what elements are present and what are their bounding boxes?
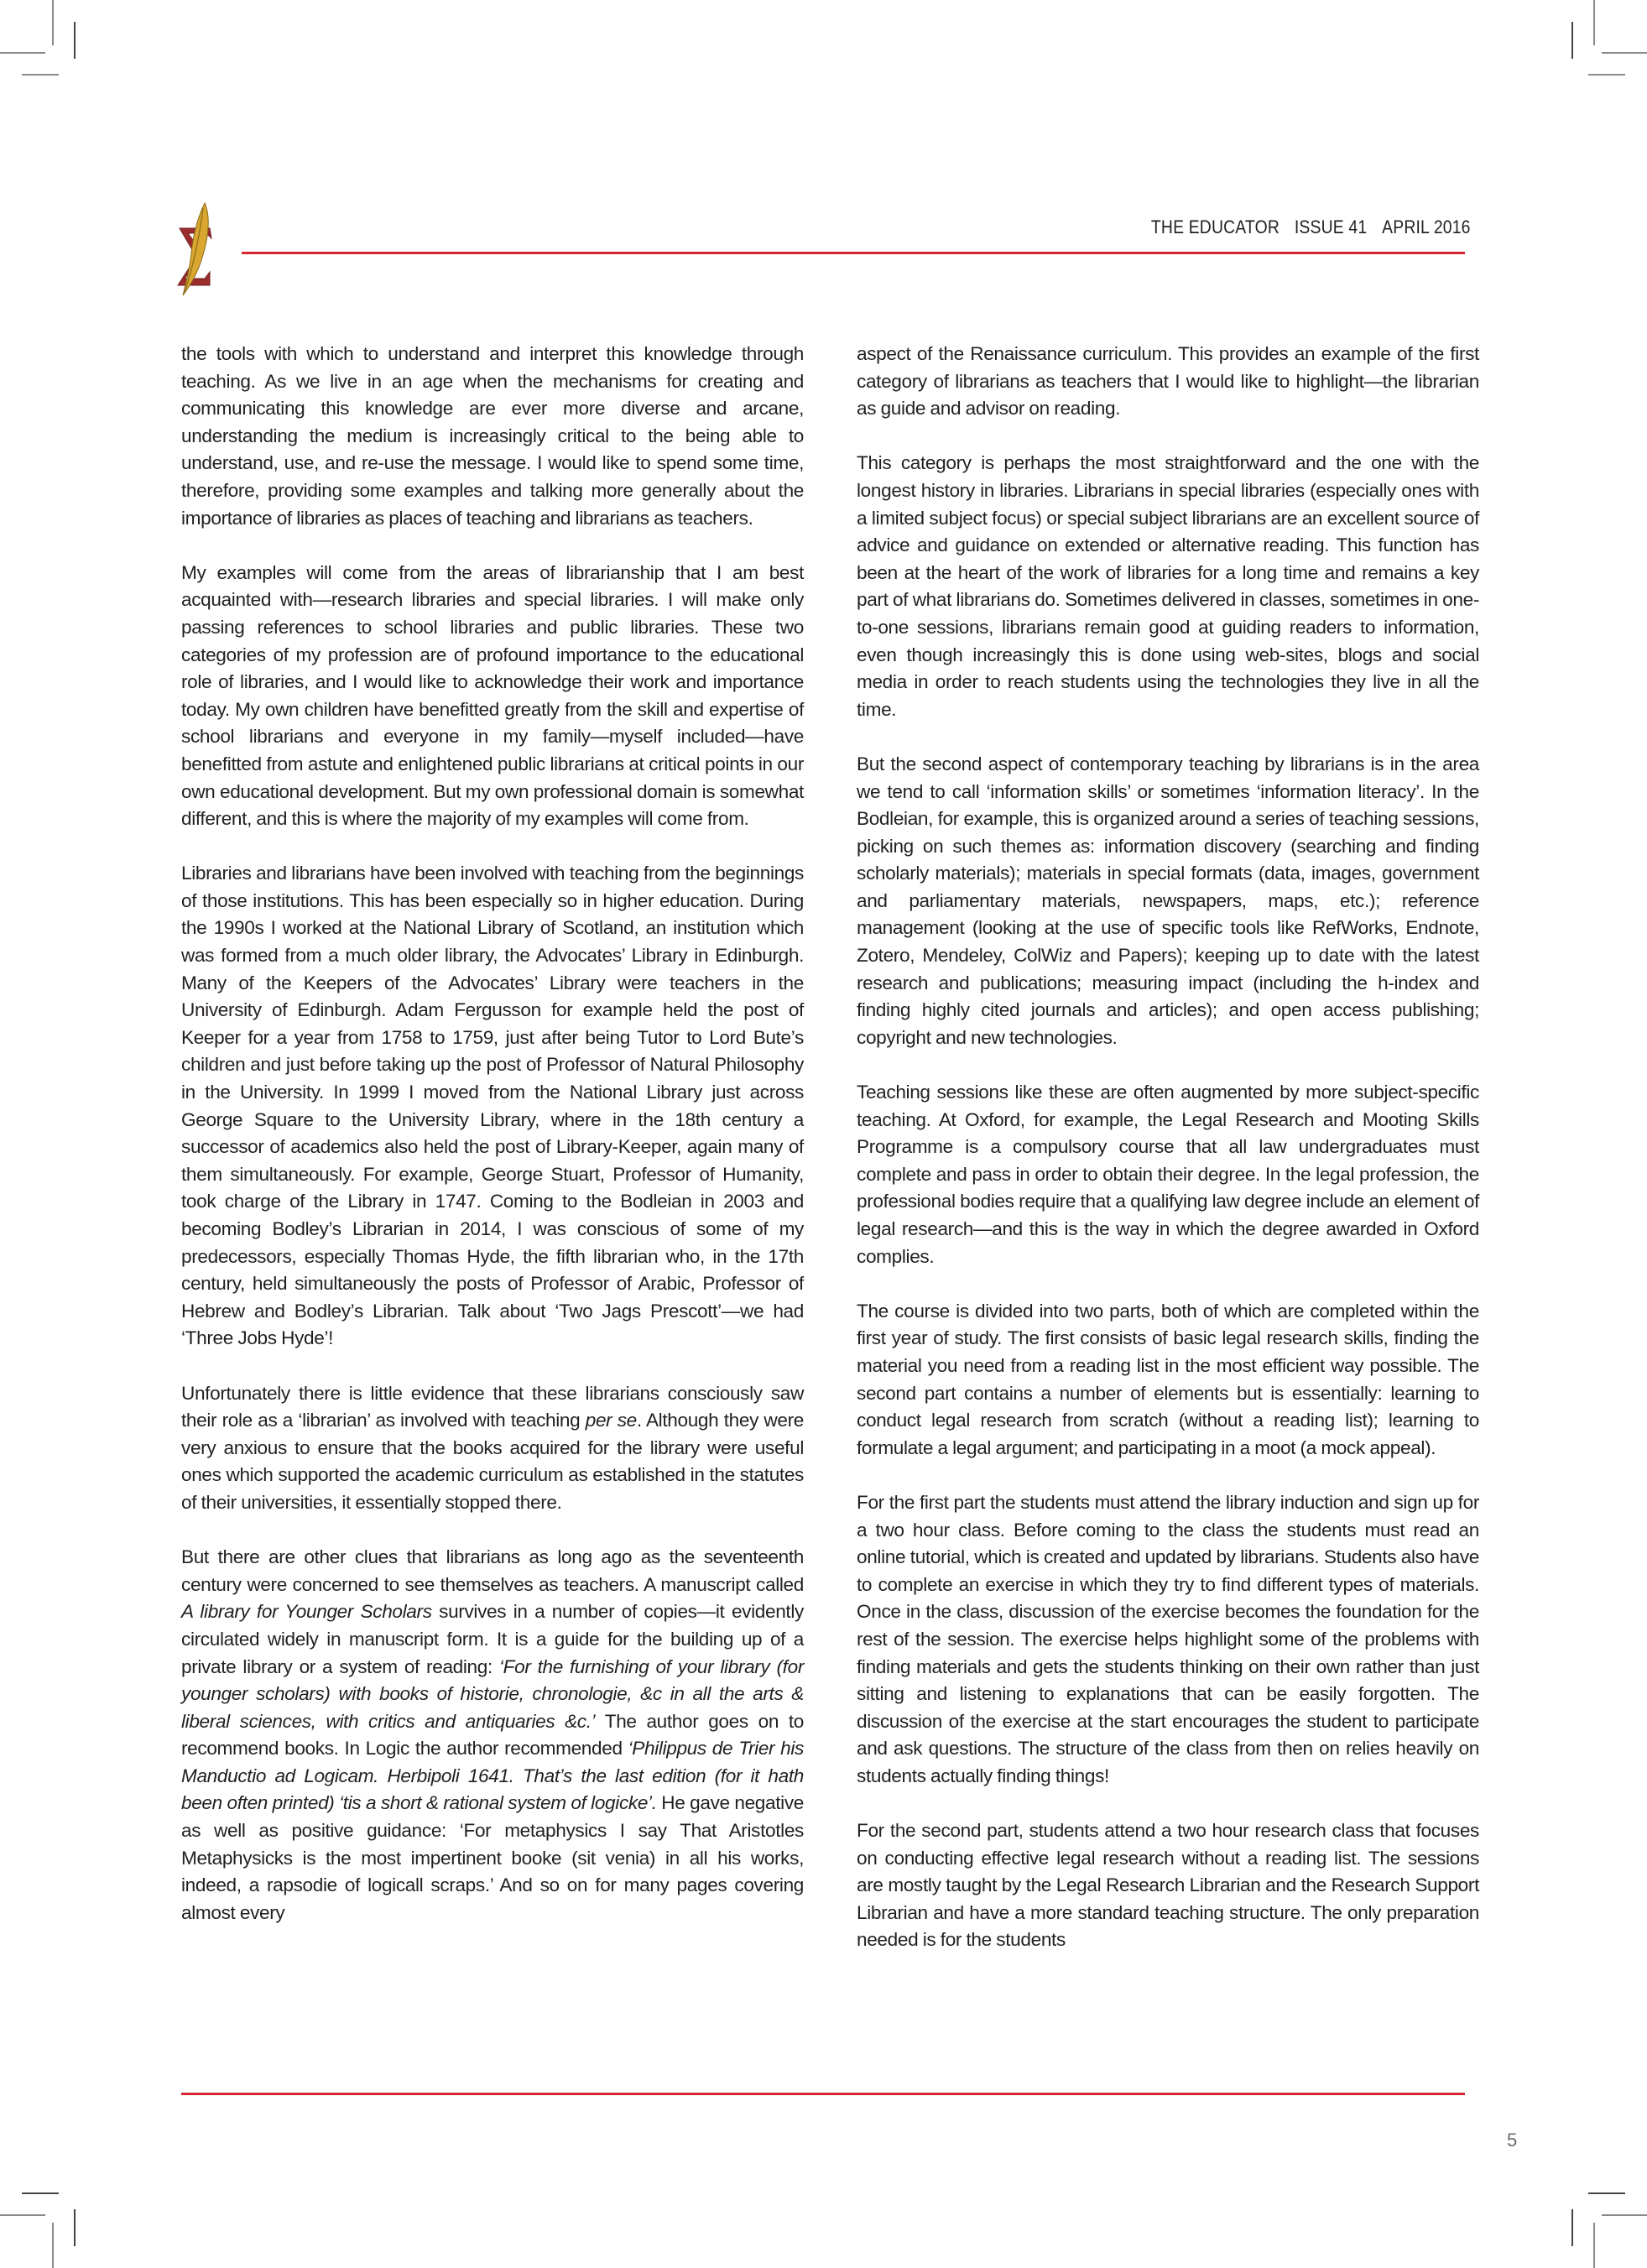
crop-mark [1593, 0, 1595, 45]
right-column: aspect of the Renaissance curriculum. Th… [857, 341, 1479, 1954]
paragraph: For the second part, students attend a t… [857, 1817, 1479, 1954]
paragraph: My examples will come from the areas of … [181, 560, 804, 833]
page-number: 5 [1507, 2130, 1517, 2151]
paragraph: The course is divided into two parts, bo… [857, 1298, 1479, 1462]
publication-name: THE EDUCATOR [1151, 216, 1280, 237]
crop-mark [74, 22, 76, 59]
crop-mark [1588, 74, 1625, 76]
paragraph: Libraries and librarians have been invol… [181, 860, 804, 1353]
italic-term: per se [586, 1410, 637, 1431]
paragraph: This category is perhaps the most straig… [857, 450, 1479, 723]
paragraph: the tools with which to understand and i… [181, 341, 804, 532]
crop-mark [74, 2209, 76, 2246]
paragraph: aspect of the Renaissance curriculum. Th… [857, 341, 1479, 423]
quill-sigma-logo-icon [175, 201, 216, 300]
crop-mark [0, 2214, 45, 2216]
header-rule [242, 252, 1465, 254]
crop-mark [1602, 52, 1647, 54]
crop-mark [52, 2223, 54, 2268]
left-column: the tools with which to understand and i… [181, 341, 804, 1926]
book-title: A library for Younger Scholars [181, 1601, 432, 1622]
crop-mark [1602, 2214, 1647, 2216]
paragraph: Teaching sessions like these are often a… [857, 1079, 1479, 1270]
crop-mark [1571, 2209, 1573, 2246]
crop-mark [22, 74, 59, 76]
paragraph: Unfortunately there is little evidence t… [181, 1380, 804, 1517]
issue-number: ISSUE 41 [1295, 216, 1367, 237]
paragraph: But the second aspect of contemporary te… [857, 751, 1479, 1052]
running-header: THE EDUCATOR ISSUE 41 APRIL 2016 [1151, 216, 1471, 238]
crop-mark [52, 0, 54, 45]
crop-mark [22, 2192, 59, 2194]
issue-date: APRIL 2016 [1383, 216, 1471, 237]
crop-mark [1571, 22, 1573, 59]
crop-mark [1588, 2192, 1625, 2194]
crop-mark [1593, 2223, 1595, 2268]
crop-mark [0, 52, 45, 54]
footer-rule [181, 2093, 1465, 2095]
paragraph: But there are other clues that librarian… [181, 1544, 804, 1926]
paragraph: For the first part the students must att… [857, 1489, 1479, 1791]
